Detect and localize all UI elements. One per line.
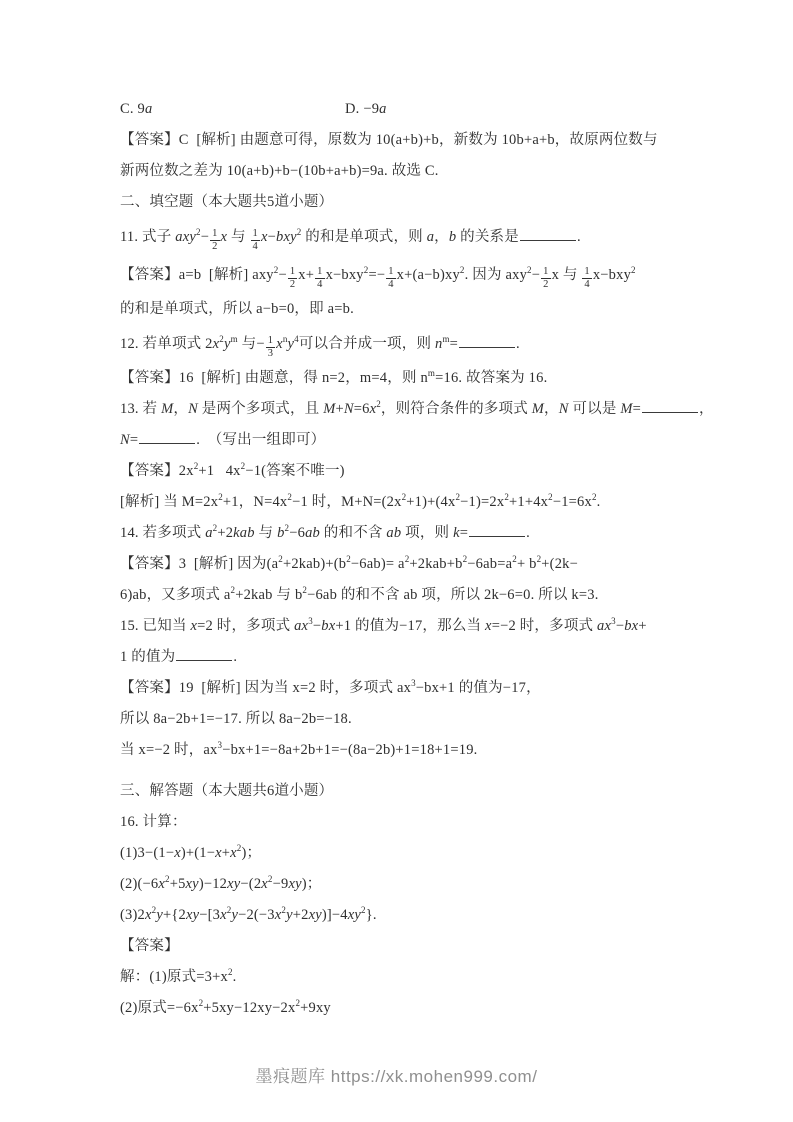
superscript: 3: [218, 740, 223, 750]
math-variable: a: [427, 229, 434, 245]
footer-text: 墨痕题库 https://xk.mohen999.com/: [256, 1067, 538, 1086]
superscript: 2: [455, 492, 460, 502]
math-variable: N: [120, 432, 130, 448]
document-line: (2)原式=−6x2+5xy−12xy−2x2+9xy: [120, 993, 686, 1024]
math-variable: b: [449, 229, 456, 245]
superscript: 2: [213, 523, 218, 533]
superscript: 4: [294, 334, 299, 344]
math-variable: y: [224, 336, 231, 352]
document-line: 【答案】16 [解析] 由题意，得 n=2，m=4，则 nm=16. 故答案为 …: [120, 363, 686, 394]
math-variable: xy: [186, 907, 199, 923]
math-variable: M: [620, 401, 632, 417]
math-variable: x: [261, 876, 268, 892]
superscript: 2: [268, 874, 273, 884]
math-variable: y: [156, 907, 163, 923]
math-variable: kab: [233, 525, 255, 541]
footer-watermark: 墨痕题库 https://xk.mohen999.com/: [0, 1062, 793, 1087]
math-variable: a: [205, 525, 212, 541]
document-line: (1)3−(1−x)+(1−x+x2)；: [120, 838, 686, 869]
answer-blank: [176, 647, 232, 661]
math-variable: x: [190, 618, 197, 634]
document-line: 15. 已知当 x=2 时，多项式 ax3−bx+1 的值为−17，那么当 x=…: [120, 611, 686, 642]
document-line: 【答案】C [解析] 由题意可得，原数为 10(a+b)+b，新数为 10b+a…: [120, 125, 686, 156]
document-line: 新两位数之差为 10(a+b)+b−(10b+a+b)=9a. 故选 C.: [120, 156, 686, 187]
math-variable: x: [261, 229, 268, 245]
choice-options-row: C. 9aD. −9a: [120, 94, 686, 125]
math-variable: x: [230, 845, 237, 861]
document-line: 6)ab，又多项式 a2+2kab 与 b2−6ab 的和不含 ab 项，所以 …: [120, 580, 686, 611]
answer-blank: [459, 334, 515, 348]
document-line: 【答案】: [120, 931, 686, 962]
document-line: 【答案】19 [解析] 因为当 x=2 时，多项式 ax3−bx+1 的值为−1…: [120, 673, 686, 704]
document-line: 11. 式子 axy2−12x 与 14x−bxy2 的和是单项式，则 a，b …: [120, 218, 686, 256]
option-c: C. 9a: [120, 94, 345, 125]
superscript: 3: [611, 616, 616, 626]
document-line: 13. 若 M，N 是两个多项式，且 M+N=6x2，则符合条件的多项式 M，N…: [120, 394, 686, 425]
math-variable: bx: [624, 618, 638, 634]
document-content: C. 9aD. −9a【答案】C [解析] 由题意可得，原数为 10(a+b)+…: [120, 94, 686, 1024]
superscript: 2: [196, 227, 201, 237]
superscript: 3: [308, 616, 313, 626]
math-variable: x: [485, 618, 492, 634]
superscript: m: [442, 334, 449, 344]
superscript: 2: [278, 554, 283, 564]
superscript: m: [231, 334, 238, 344]
document-line: 当 x=−2 时，ax3−bx+1=−8a+2b+1=−(8a−2b)+1=18…: [120, 735, 686, 766]
math-variable: x: [220, 907, 227, 923]
superscript: m: [428, 368, 435, 378]
superscript: 2: [405, 554, 410, 564]
math-variable: x: [221, 229, 228, 245]
superscript: 2: [295, 998, 300, 1008]
superscript: 2: [512, 554, 517, 564]
document-line: 【答案】2x2+1 4x2−1(答案不唯一): [120, 456, 686, 487]
math-variable: a: [145, 101, 152, 117]
math-variable: y: [231, 907, 238, 923]
math-variable: xy: [348, 907, 361, 923]
document-line: 的和是单项式，所以 a−b=0，即 a=b.: [120, 294, 686, 325]
fraction: 14: [315, 266, 324, 291]
superscript: 2: [364, 265, 369, 275]
document-line: [解析] 当 M=2x2+1，N=4x2−1 时，M+N=(2x2+1)+(4x…: [120, 487, 686, 518]
page: { "page": { "background": "#ffffff", "te…: [0, 0, 793, 1122]
math-variable: x: [215, 845, 222, 861]
superscript: 2: [297, 227, 302, 237]
superscript: 3: [411, 678, 416, 688]
superscript: 2: [287, 492, 292, 502]
math-variable: x: [174, 845, 181, 861]
superscript: 2: [537, 554, 542, 564]
document-line: 14. 若多项式 a2+2kab 与 b2−6ab 的和不含 ab 项，则 k=…: [120, 518, 686, 549]
document-line: 三、解答题（本大题共6道小题）: [120, 776, 686, 807]
fraction: 14: [386, 266, 395, 291]
answer-blank: [139, 430, 195, 444]
fraction: 14: [251, 228, 260, 253]
superscript: 2: [346, 554, 351, 564]
answer-blank: [520, 227, 576, 241]
superscript: 2: [274, 265, 279, 275]
superscript: 2: [241, 461, 246, 471]
superscript: 2: [228, 967, 233, 977]
math-variable: M: [323, 401, 335, 417]
math-variable: b: [277, 525, 284, 541]
math-variable: N: [344, 401, 354, 417]
superscript: 2: [460, 265, 465, 275]
superscript: 2: [592, 492, 597, 502]
math-variable: M: [532, 401, 544, 417]
document-line: 解：(1)原式=3+x2.: [120, 962, 686, 993]
answer-blank: [469, 523, 525, 537]
fraction: 12: [210, 228, 219, 253]
math-variable: bx: [321, 618, 335, 634]
document-line: 1 的值为.: [120, 642, 686, 673]
superscript: 2: [402, 492, 407, 502]
math-variable: x: [145, 907, 152, 923]
fraction: 14: [582, 266, 591, 291]
math-variable: xy: [288, 876, 301, 892]
option-d: D. −9a: [345, 101, 387, 117]
math-variable: ab: [386, 525, 401, 541]
superscript: 2: [194, 461, 199, 471]
math-variable: ab: [305, 525, 320, 541]
math-variable: xy: [309, 907, 322, 923]
math-variable: ax: [597, 618, 611, 634]
document-line: (2)(−6x2+5xy)−12xy−(2x2−9xy)；: [120, 869, 686, 900]
math-variable: axy: [175, 229, 196, 245]
math-variable: y: [286, 907, 293, 923]
fraction: 13: [266, 335, 275, 360]
math-variable: x: [276, 336, 283, 352]
fraction: 12: [541, 266, 550, 291]
superscript: 2: [361, 905, 366, 915]
document-line: (3)2x2y+{2xy−[3x2y−2(−3x2y+2xy)]−4xy2}.: [120, 900, 686, 931]
document-line: 【答案】3 [解析] 因为(a2+2kab)+(b2−6ab)= a2+2kab…: [120, 549, 686, 580]
math-variable: ax: [294, 618, 308, 634]
math-variable: xy: [227, 876, 240, 892]
math-variable: xy: [186, 876, 199, 892]
superscript: 2: [285, 523, 290, 533]
superscript: 2: [199, 998, 204, 1008]
math-variable: bxy: [276, 229, 297, 245]
superscript: 2: [376, 399, 381, 409]
math-variable: a: [379, 101, 386, 117]
math-variable: N: [559, 401, 569, 417]
fraction: 12: [288, 266, 297, 291]
math-variable: k: [453, 525, 460, 541]
superscript: 2: [548, 492, 553, 502]
superscript: 2: [231, 585, 236, 595]
superscript: 2: [631, 265, 636, 275]
document-line: N=. （写出一组即可）: [120, 425, 686, 456]
answer-blank: [642, 399, 698, 413]
document-line: 所以 8a−2b+1=−17. 所以 8a−2b=−18.: [120, 704, 686, 735]
document-line: 【答案】a=b [解析] axy2−12x+14x−bxy2=−14x+(a−b…: [120, 256, 686, 294]
superscript: 2: [527, 265, 532, 275]
superscript: 2: [237, 843, 242, 853]
superscript: 2: [218, 492, 223, 502]
superscript: 2: [504, 492, 509, 502]
document-line: 16. 计算：: [120, 807, 686, 838]
superscript: 2: [165, 874, 170, 884]
math-variable: M: [161, 401, 173, 417]
math-variable: N: [188, 401, 198, 417]
superscript: 2: [463, 554, 468, 564]
document-line: 12. 若单项式 2x2ym 与−13xny4可以合并成一项，则 nm=.: [120, 325, 686, 363]
document-line: 二、填空题（本大题共5道小题）: [120, 187, 686, 218]
superscript: 2: [302, 585, 307, 595]
